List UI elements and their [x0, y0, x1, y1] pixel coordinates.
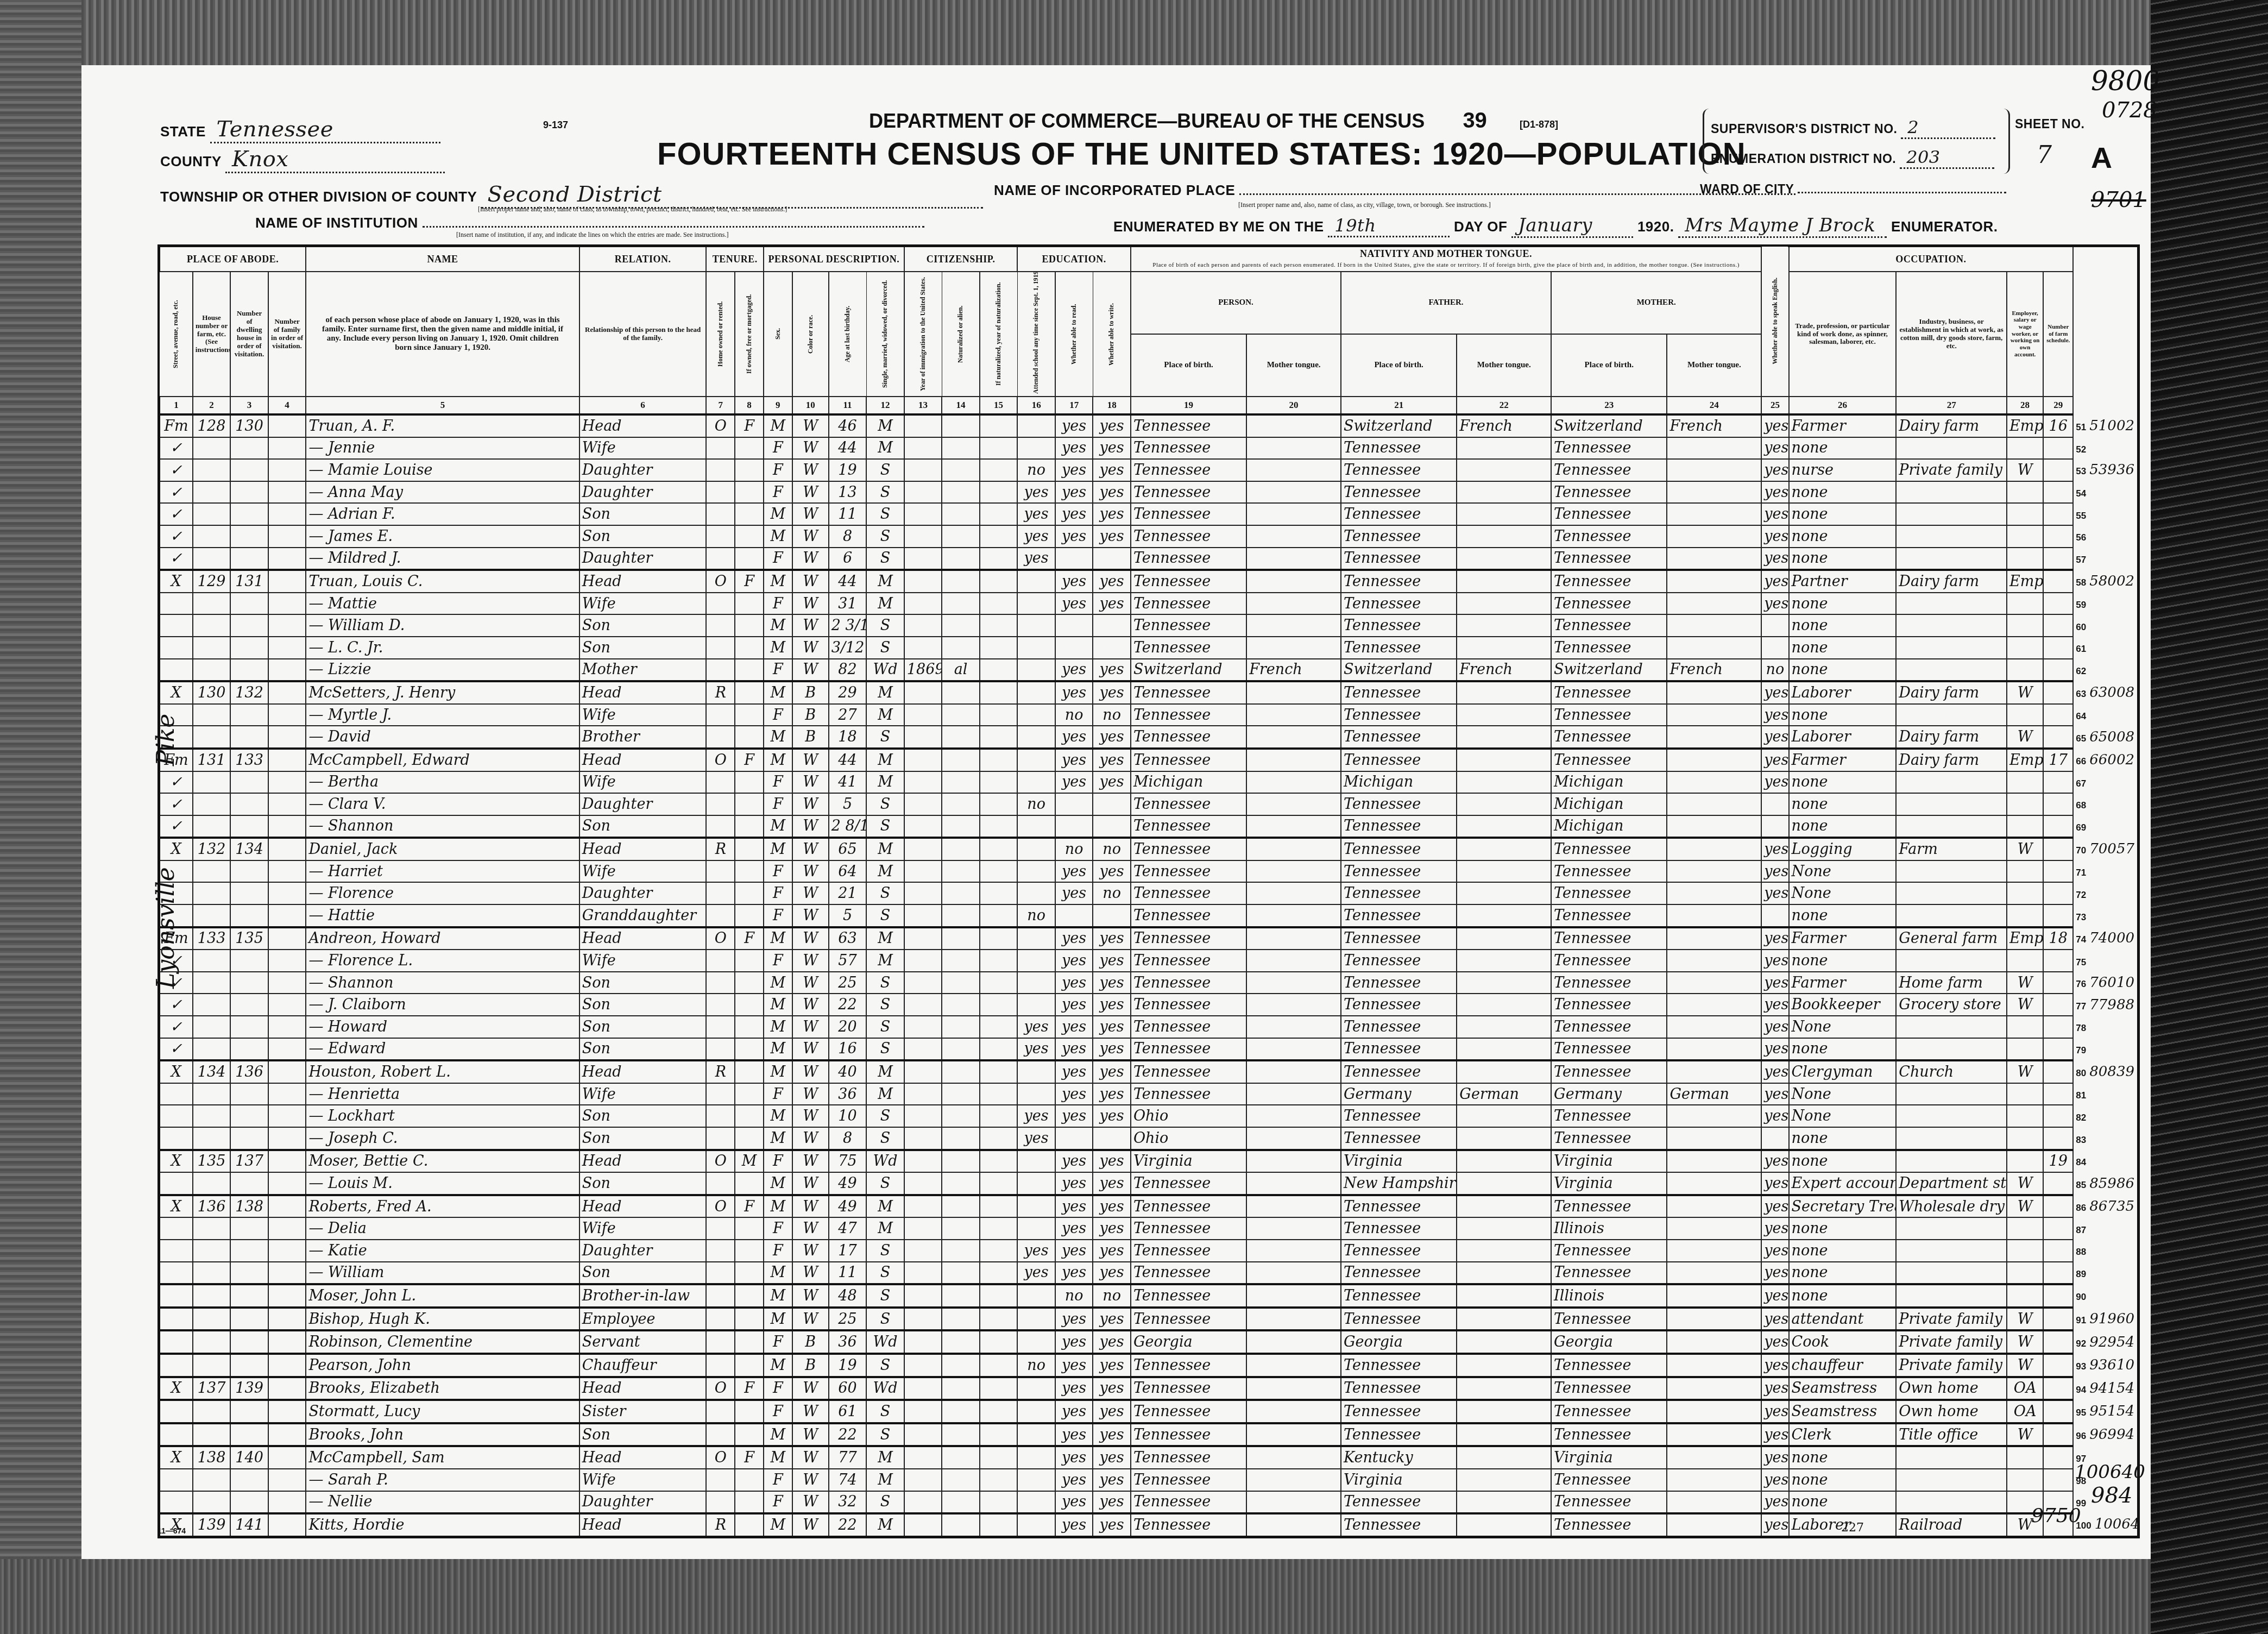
father-tongue-cell — [1457, 950, 1551, 972]
farm-schedule-cell: 19 — [2043, 1150, 2073, 1173]
owned-cell — [706, 1354, 735, 1377]
owned-cell — [706, 950, 735, 972]
mother-mother-tongue-cell — [1667, 1262, 1761, 1285]
sex-cell: F — [764, 860, 792, 883]
family-number-cell — [268, 681, 306, 704]
naturalization-year-cell — [980, 1240, 1018, 1262]
owned-cell — [706, 1308, 735, 1331]
birthplace-cell: Tennessee — [1131, 904, 1246, 927]
school-cell — [1017, 593, 1055, 615]
school-cell — [1017, 1330, 1055, 1354]
mother-tongue-cell — [1246, 1240, 1341, 1262]
sex-cell: M — [764, 1195, 792, 1218]
header-c22-father-tongue: Mother tongue. — [1457, 334, 1551, 397]
mother-birthplace-cell: Switzerland — [1551, 659, 1667, 682]
read-cell: yes — [1055, 927, 1093, 950]
sex-cell: F — [764, 1083, 792, 1105]
immigration-cell — [904, 1284, 942, 1308]
owned-cell: R — [706, 838, 735, 860]
line-number: 66 — [2076, 756, 2086, 766]
name-cell: — Shannon — [306, 815, 579, 838]
mother-birthplace-cell: Tennessee — [1551, 503, 1667, 525]
sex-cell: F — [764, 1491, 792, 1514]
school-cell — [1017, 414, 1055, 437]
dwelling-number-cell — [230, 950, 268, 972]
header-c12-marital: Single, married, widowed, or divorced. — [866, 272, 904, 397]
naturalized-cell — [942, 927, 980, 950]
school-cell — [1017, 659, 1055, 682]
relation-cell: Brother — [579, 726, 707, 749]
farm-schedule-cell — [2043, 1060, 2073, 1083]
house-number-cell — [193, 1423, 231, 1447]
immigration-cell — [904, 459, 942, 481]
mother-birthplace-cell: Tennessee — [1551, 637, 1667, 659]
table-row: — FlorenceDaughterFW21SyesnoTennesseeTen… — [159, 882, 2139, 904]
mother-mother-tongue-cell — [1667, 749, 1761, 771]
marital-cell: S — [866, 1284, 904, 1308]
family-number-cell — [268, 749, 306, 771]
speaks-english-cell: yes — [1761, 771, 1788, 794]
dwelling-number-cell — [230, 459, 268, 481]
immigration-cell — [904, 950, 942, 972]
industry-cell — [1896, 815, 2007, 838]
age-cell: 44 — [829, 749, 867, 771]
sex-cell: M — [764, 1105, 792, 1127]
occupation-code-cell: 9292954 — [2073, 1330, 2138, 1354]
race-cell: W — [792, 838, 829, 860]
employer-class-cell: W — [2007, 1513, 2043, 1537]
name-cell: Robinson, Clementine — [306, 1330, 579, 1354]
birthplace-cell: Georgia — [1131, 1330, 1246, 1354]
trade-cell: Logging — [1789, 838, 1897, 860]
farm-schedule-cell — [2043, 1127, 2073, 1150]
read-cell: yes — [1055, 1400, 1093, 1423]
read-cell: yes — [1055, 1240, 1093, 1262]
father-tongue-cell — [1457, 882, 1551, 904]
marital-cell: M — [866, 950, 904, 972]
relation-cell: Head — [579, 1150, 707, 1173]
employer-class-cell — [2007, 793, 2043, 815]
mother-mother-tongue-cell — [1667, 882, 1761, 904]
occupation-code-cell: 9191960 — [2073, 1308, 2138, 1331]
father-birthplace-cell: Germany — [1341, 1083, 1457, 1105]
mother-mother-tongue-cell — [1667, 459, 1761, 481]
sex-cell: M — [764, 1308, 792, 1331]
mother-mother-tongue-cell — [1667, 1446, 1761, 1469]
dwelling-number-cell — [230, 1172, 268, 1195]
marital-cell: M — [866, 437, 904, 460]
race-cell: W — [792, 570, 829, 593]
mother-tongue-cell — [1246, 860, 1341, 883]
scan-border-bottom — [0, 1559, 2151, 1634]
ward-value — [1798, 192, 2006, 193]
owned-cell — [706, 614, 735, 637]
mother-mother-tongue-cell — [1667, 1284, 1761, 1308]
write-cell: yes — [1093, 1083, 1131, 1105]
race-cell: W — [792, 749, 829, 771]
trade-cell: none — [1789, 1284, 1897, 1308]
column-number-25: 25 — [1761, 397, 1788, 414]
trade-cell: Expert accountant — [1789, 1172, 1897, 1195]
institution-value — [423, 226, 924, 228]
trade-cell: Clerk — [1789, 1423, 1897, 1447]
name-cell: Brooks, John — [306, 1423, 579, 1447]
name-cell: Pearson, John — [306, 1354, 579, 1377]
line-number: 60 — [2076, 622, 2086, 632]
read-cell — [1055, 614, 1093, 637]
school-cell — [1017, 815, 1055, 838]
age-cell: 60 — [829, 1377, 867, 1400]
occupation-code-cell: 7777988 — [2073, 994, 2138, 1016]
family-number-cell — [268, 882, 306, 904]
speaks-english-cell: yes — [1761, 1308, 1788, 1331]
occupation-code-cell: 56 — [2073, 525, 2138, 548]
age-cell: 82 — [829, 659, 867, 682]
speaks-english-cell: yes — [1761, 838, 1788, 860]
birthplace-cell: Tennessee — [1131, 437, 1246, 460]
mother-birthplace-cell: Virginia — [1551, 1150, 1667, 1173]
free-mortgaged-cell — [735, 1400, 764, 1423]
relation-cell: Mother — [579, 659, 707, 682]
employer-class-cell — [2007, 548, 2043, 570]
naturalized-cell — [942, 525, 980, 548]
birthplace-cell: Tennessee — [1131, 481, 1246, 504]
enumerated-day: 19th — [1328, 215, 1450, 237]
table-row: — KatieDaughterFW17SyesyesyesTennesseeTe… — [159, 1240, 2139, 1262]
father-tongue-cell — [1457, 593, 1551, 615]
speaks-english-cell: yes — [1761, 1262, 1788, 1285]
dwelling-number-cell — [230, 437, 268, 460]
table-row: — HattieGranddaughterFW5SnoTennesseeTenn… — [159, 904, 2139, 927]
name-cell: — Florence — [306, 882, 579, 904]
line-number: 86 — [2076, 1203, 2086, 1213]
mother-birthplace-cell: Tennessee — [1551, 1423, 1667, 1447]
speaks-english-cell — [1761, 614, 1788, 637]
naturalization-year-cell — [980, 793, 1018, 815]
naturalized-cell — [942, 570, 980, 593]
farm-schedule-cell — [2043, 1284, 2073, 1308]
column-number-9: 9 — [764, 397, 792, 414]
family-number-cell — [268, 904, 306, 927]
line-number: 81 — [2076, 1090, 2086, 1101]
occupation-code-cell: 68 — [2073, 793, 2138, 815]
header-c13-immigration: Year of immigration to the United States… — [904, 272, 942, 397]
free-mortgaged-cell: F — [735, 1195, 764, 1218]
occupation-code-cell: 81 — [2073, 1083, 2138, 1105]
line-number: 92 — [2076, 1338, 2086, 1349]
free-mortgaged-cell: F — [735, 1446, 764, 1469]
occupation-code-cell: 82 — [2073, 1105, 2138, 1127]
speaks-english-cell: yes — [1761, 1240, 1788, 1262]
naturalization-year-cell — [980, 1083, 1018, 1105]
race-cell: W — [792, 1060, 829, 1083]
family-number-cell — [268, 1308, 306, 1331]
relation-cell: Wife — [579, 1083, 707, 1105]
street-cell: X — [159, 570, 193, 593]
family-number-cell — [268, 1150, 306, 1173]
mother-mother-tongue-cell — [1667, 704, 1761, 726]
immigration-cell — [904, 1016, 942, 1038]
employer-class-cell — [2007, 1150, 2043, 1173]
mother-birthplace-cell: Tennessee — [1551, 994, 1667, 1016]
family-number-cell — [268, 1038, 306, 1061]
header-c2-house-number: House number or farm, etc. (See instruct… — [193, 272, 231, 397]
enumeration-district-value: 203 — [1900, 147, 1994, 169]
father-birthplace-cell: Tennessee — [1341, 503, 1457, 525]
line-number: 80 — [2076, 1068, 2086, 1078]
free-mortgaged-cell — [735, 1423, 764, 1447]
mother-mother-tongue-cell — [1667, 1308, 1761, 1331]
age-cell: 29 — [829, 681, 867, 704]
line-number: 84 — [2076, 1157, 2086, 1167]
column-number-2: 2 — [193, 397, 231, 414]
name-cell: McCampbell, Sam — [306, 1446, 579, 1469]
free-mortgaged-cell — [735, 950, 764, 972]
naturalized-cell — [942, 1491, 980, 1514]
mother-mother-tongue-cell — [1667, 904, 1761, 927]
school-cell — [1017, 1284, 1055, 1308]
read-cell: yes — [1055, 481, 1093, 504]
sex-cell: M — [764, 1284, 792, 1308]
immigration-cell: 1869 — [904, 659, 942, 682]
school-cell — [1017, 771, 1055, 794]
speaks-english-cell: yes — [1761, 593, 1788, 615]
race-cell: W — [792, 1195, 829, 1218]
trade-cell: none — [1789, 614, 1897, 637]
street-cell — [159, 1400, 193, 1423]
house-number-cell: 131 — [193, 749, 231, 771]
employer-class-cell — [2007, 1240, 2043, 1262]
mother-tongue-cell — [1246, 994, 1341, 1016]
employer-class-cell — [2007, 1469, 2043, 1491]
industry-cell: Grocery store — [1896, 994, 2007, 1016]
marital-cell: M — [866, 704, 904, 726]
age-cell: 31 — [829, 593, 867, 615]
race-cell: W — [792, 1016, 829, 1038]
occupation-code-cell: 6363008 — [2073, 681, 2138, 704]
mother-birthplace-cell: Tennessee — [1551, 1491, 1667, 1514]
sex-cell: M — [764, 1060, 792, 1083]
table-row: X136138Roberts, Fred A.HeadOFMW49Myesyes… — [159, 1195, 2139, 1218]
mother-birthplace-cell: Tennessee — [1551, 1105, 1667, 1127]
farm-schedule-cell — [2043, 1195, 2073, 1218]
free-mortgaged-cell — [735, 1308, 764, 1331]
employer-class-cell — [2007, 1262, 2043, 1285]
naturalized-cell: al — [942, 659, 980, 682]
mother-birthplace-cell: Tennessee — [1551, 972, 1667, 994]
header-c4-family: Number of family in order of visitation. — [268, 272, 306, 397]
free-mortgaged-cell — [735, 614, 764, 637]
dwelling-number-cell — [230, 1240, 268, 1262]
house-number-cell — [193, 1400, 231, 1423]
free-mortgaged-cell — [735, 548, 764, 570]
mother-mother-tongue-cell — [1667, 1105, 1761, 1127]
trade-cell: Partner — [1789, 570, 1897, 593]
street-cell: X — [159, 1195, 193, 1218]
dwelling-number-cell — [230, 972, 268, 994]
line-number: 57 — [2076, 555, 2086, 565]
marital-cell: S — [866, 1240, 904, 1262]
column-number-8: 8 — [735, 397, 764, 414]
relation-cell: Son — [579, 994, 707, 1016]
industry-cell — [1896, 1240, 2007, 1262]
line-number: 51 — [2076, 422, 2086, 432]
free-mortgaged-cell — [735, 1513, 764, 1537]
employer-class-cell — [2007, 503, 2043, 525]
house-number-cell: 139 — [193, 1513, 231, 1537]
mother-tongue-cell — [1246, 1469, 1341, 1491]
speaks-english-cell — [1761, 1127, 1788, 1150]
enumeration-district-field: ENUMERATION DISTRICT NO. 203 — [1711, 147, 1994, 169]
trade-cell: None — [1789, 1105, 1897, 1127]
house-number-cell — [193, 771, 231, 794]
free-mortgaged-cell — [735, 860, 764, 883]
school-cell: no — [1017, 459, 1055, 481]
family-number-cell — [268, 1423, 306, 1447]
mother-mother-tongue-cell — [1667, 1491, 1761, 1514]
line-number: 73 — [2076, 912, 2086, 922]
write-cell: yes — [1093, 1330, 1131, 1354]
mother-mother-tongue-cell — [1667, 525, 1761, 548]
mother-mother-tongue-cell: French — [1667, 659, 1761, 682]
father-birthplace-cell: Tennessee — [1341, 1038, 1457, 1061]
age-cell: 25 — [829, 1308, 867, 1331]
speaks-english-cell: yes — [1761, 503, 1788, 525]
birthplace-cell: Tennessee — [1131, 1240, 1246, 1262]
speaks-english-cell: yes — [1761, 1330, 1788, 1354]
industry-cell: Farm — [1896, 838, 2007, 860]
immigration-cell — [904, 437, 942, 460]
farm-schedule-cell: 17 — [2043, 749, 2073, 771]
street-cell — [159, 1240, 193, 1262]
state-field: STATE Tennessee — [160, 117, 440, 143]
employer-class-cell — [2007, 481, 2043, 504]
school-cell: yes — [1017, 525, 1055, 548]
birthplace-cell: Tennessee — [1131, 1491, 1246, 1514]
read-cell: yes — [1055, 1150, 1093, 1173]
dwelling-number-cell: 133 — [230, 749, 268, 771]
immigration-cell — [904, 614, 942, 637]
age-cell: 2 8/12 — [829, 815, 867, 838]
mother-tongue-cell — [1246, 950, 1341, 972]
school-cell: yes — [1017, 481, 1055, 504]
name-cell: — Adrian F. — [306, 503, 579, 525]
mother-tongue-cell — [1246, 1400, 1341, 1423]
mother-mother-tongue-cell — [1667, 681, 1761, 704]
scan-border-right — [2151, 0, 2268, 1634]
header-c3-dwelling: Number of dwelling house in order of vis… — [230, 272, 268, 397]
family-number-cell — [268, 704, 306, 726]
trade-cell: none — [1789, 437, 1897, 460]
immigration-cell — [904, 927, 942, 950]
street-cell — [159, 1217, 193, 1240]
column-number-27: 27 — [1896, 397, 2007, 414]
occupation-code-cell: 87 — [2073, 1217, 2138, 1240]
industry-cell — [1896, 1038, 2007, 1061]
owned-cell: O — [706, 749, 735, 771]
line-number: 93 — [2076, 1361, 2086, 1372]
school-cell — [1017, 1083, 1055, 1105]
race-cell: W — [792, 1423, 829, 1447]
speaks-english-cell: yes — [1761, 1105, 1788, 1127]
family-number-cell — [268, 414, 306, 437]
age-cell: 57 — [829, 950, 867, 972]
mother-tongue-cell — [1246, 459, 1341, 481]
mother-mother-tongue-cell — [1667, 1354, 1761, 1377]
dwelling-number-cell — [230, 1284, 268, 1308]
header-nativity: NATIVITY AND MOTHER TONGUE. Place of bir… — [1131, 246, 1761, 272]
relation-cell: Head — [579, 1195, 707, 1218]
relation-cell: Granddaughter — [579, 904, 707, 927]
relation-cell: Sister — [579, 1400, 707, 1423]
column-number-18: 18 — [1093, 397, 1131, 414]
naturalization-year-cell — [980, 972, 1018, 994]
house-number-cell — [193, 1038, 231, 1061]
sex-cell: M — [764, 1423, 792, 1447]
industry-cell: Home farm — [1896, 972, 2007, 994]
birthplace-cell: Tennessee — [1131, 1308, 1246, 1331]
naturalized-cell — [942, 1105, 980, 1127]
read-cell: yes — [1055, 681, 1093, 704]
employer-class-cell: W — [2007, 1354, 2043, 1377]
marital-cell: S — [866, 548, 904, 570]
marital-cell: S — [866, 1105, 904, 1127]
line-number: 96 — [2076, 1431, 2086, 1441]
industry-cell — [1896, 1105, 2007, 1127]
header-c5-name-instructions: of each person whose place of abode on J… — [306, 272, 579, 397]
family-number-cell — [268, 972, 306, 994]
trade-cell: None — [1789, 860, 1897, 883]
street-cell: ✓ — [159, 548, 193, 570]
sex-cell: M — [764, 570, 792, 593]
marital-cell: Wd — [866, 1377, 904, 1400]
birthplace-cell: Tennessee — [1131, 681, 1246, 704]
write-cell: yes — [1093, 1308, 1131, 1331]
mother-mother-tongue-cell — [1667, 1172, 1761, 1195]
relation-cell: Employee — [579, 1308, 707, 1331]
naturalization-year-cell — [980, 1262, 1018, 1285]
table-row: Robinson, ClementineServantFB36WdyesyesG… — [159, 1330, 2139, 1354]
father-birthplace-cell: Tennessee — [1341, 1217, 1457, 1240]
mother-tongue-cell — [1246, 1446, 1341, 1469]
birthplace-cell: Tennessee — [1131, 1016, 1246, 1038]
read-cell: yes — [1055, 593, 1093, 615]
sex-cell: M — [764, 1172, 792, 1195]
mother-mother-tongue-cell — [1667, 994, 1761, 1016]
nativity-note: Place of birth of each person and parent… — [1131, 260, 1761, 271]
marital-cell: S — [866, 972, 904, 994]
age-cell: 32 — [829, 1491, 867, 1514]
street-cell — [159, 1105, 193, 1127]
sex-cell: F — [764, 459, 792, 481]
header-c7-owned-rented: Home owned or rented. — [706, 272, 735, 397]
owned-cell: O — [706, 414, 735, 437]
dwelling-number-cell — [230, 1354, 268, 1377]
mother-tongue-cell — [1246, 614, 1341, 637]
name-cell: Houston, Robert L. — [306, 1060, 579, 1083]
relation-cell: Son — [579, 1127, 707, 1150]
birthplace-cell: Tennessee — [1131, 1469, 1246, 1491]
age-cell: 5 — [829, 793, 867, 815]
marital-cell: Wd — [866, 1330, 904, 1354]
street-cell: ✓ — [159, 525, 193, 548]
occupation-code-cell: 89 — [2073, 1262, 2138, 1285]
mother-tongue-cell — [1246, 681, 1341, 704]
naturalized-cell — [942, 1217, 980, 1240]
naturalization-year-cell — [980, 1172, 1018, 1195]
column-number-20: 20 — [1246, 397, 1341, 414]
age-cell: 22 — [829, 994, 867, 1016]
